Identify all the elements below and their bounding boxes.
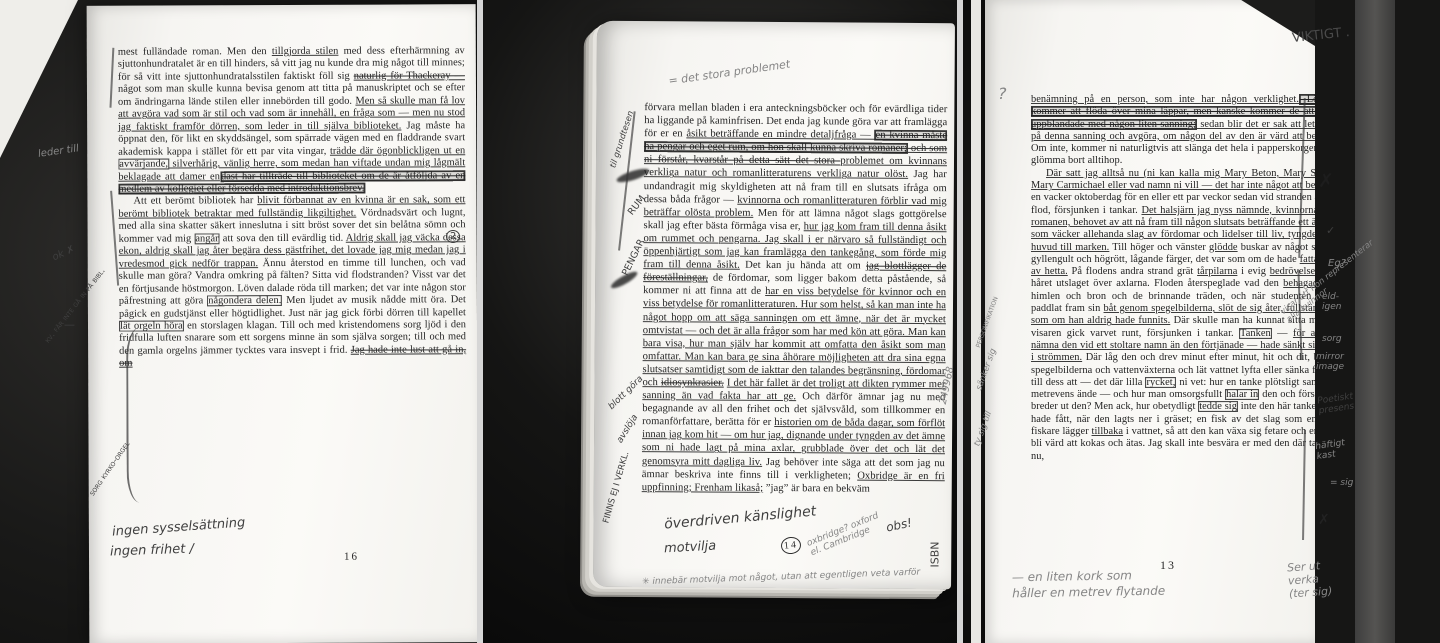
margin-note: eld- igen xyxy=(1322,292,1341,312)
page-corner-wedge xyxy=(0,0,78,158)
printed-text-page-14: förvara mellan bladen i era anteckningsb… xyxy=(642,101,948,496)
photo-panel-middle: förvara mellan bladen i era anteckningsb… xyxy=(483,0,957,643)
page-number-16: 16 xyxy=(344,551,359,563)
margin-mark: ✗ xyxy=(1318,512,1330,528)
margin-mark: ✓ xyxy=(1326,224,1335,237)
hand-drawn-stroke xyxy=(109,48,114,108)
bottom-note: ingen frihet / xyxy=(110,542,194,560)
triptych-of-annotated-book-pages: mest fulländade roman. Men den tillgjord… xyxy=(0,0,1440,643)
printed-text-page-13: benämning på en person, som inte har någ… xyxy=(1031,94,1337,463)
book-page-13: benämning på en person, som inte har någ… xyxy=(985,0,1315,643)
bottom-note: Ser ut verka (ter sig) xyxy=(1287,559,1333,601)
bottom-note: — en liten kork som håller en metrev fly… xyxy=(1012,567,1166,602)
margin-mark: ? xyxy=(998,84,1007,103)
edge-note: ISBN xyxy=(929,541,942,567)
printed-text-page-16: mest fulländade roman. Men den tillgjord… xyxy=(118,45,466,370)
bottom-note: motvilja xyxy=(664,539,717,557)
margin-mark: ✗ xyxy=(1318,170,1334,192)
margin-note: häftigt kast xyxy=(1315,438,1347,462)
margin-note: = sig xyxy=(1330,478,1353,488)
page-edge-sliver xyxy=(971,0,981,643)
photo-panel-right: benämning på en person, som inte har någ… xyxy=(963,0,1440,643)
margin-mark: — xyxy=(64,318,75,331)
margin-note: mirror image xyxy=(1316,352,1344,372)
notebook-page-14: förvara mellan bladen i era anteckningsb… xyxy=(593,21,955,589)
photo-grey-strip xyxy=(1355,0,1395,643)
margin-note: sorg xyxy=(1322,334,1342,344)
